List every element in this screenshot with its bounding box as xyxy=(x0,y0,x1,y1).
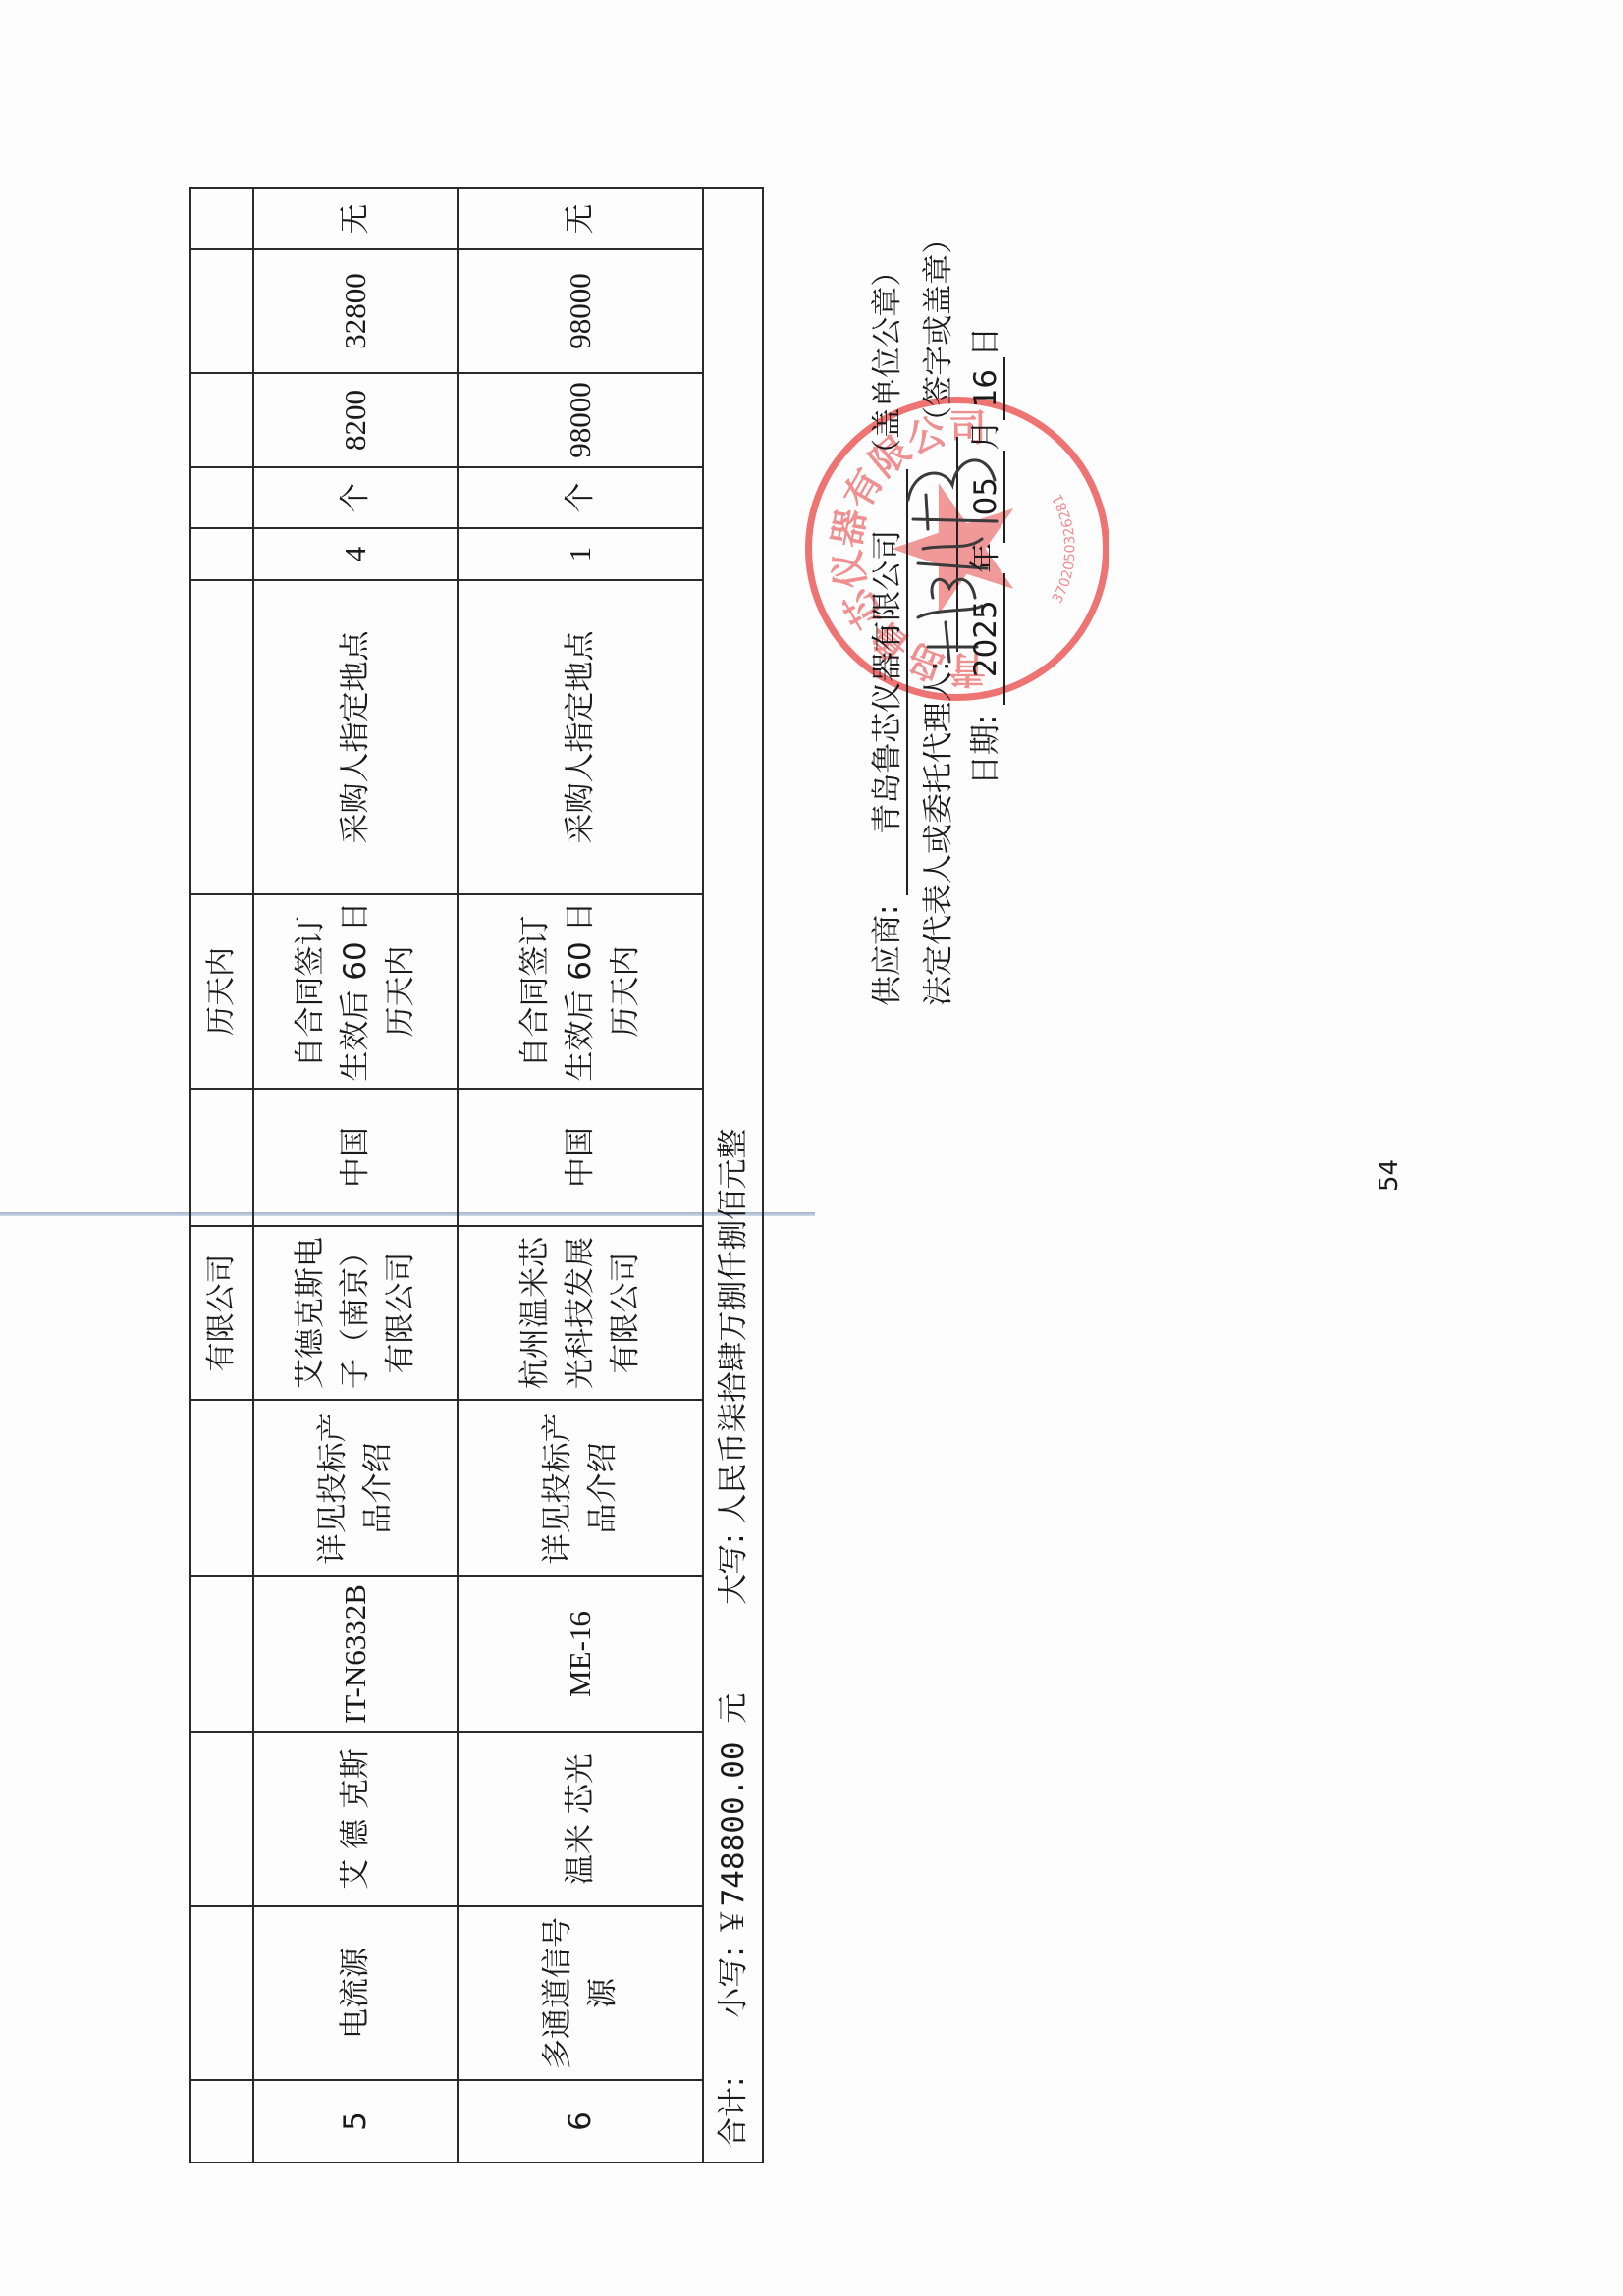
cell-origin: 中国 xyxy=(458,1089,703,1226)
cell-remark: 无 xyxy=(253,188,458,249)
representative-line: 法定代表人或委托代理人: （签字或盖章） xyxy=(913,224,958,1006)
day-unit: 日 xyxy=(968,327,1003,357)
header-cell-brand xyxy=(190,1732,253,1906)
cell-no: 5 xyxy=(253,2080,458,2163)
supplier-note: （盖单位公章） xyxy=(870,256,905,469)
total-big-value: 人民币柒拾肆万捌仟捌佰元整 xyxy=(716,1129,751,1524)
quotation-table: 有限公司 历天内 5 电流源 艾 德 克斯 IT-N6332B 详见投标产品介绍… xyxy=(189,187,764,2163)
date-year: 2025 xyxy=(968,573,1005,705)
cell-delivery-place: 采购人指定地点 xyxy=(458,580,703,894)
cell-unit: 个 xyxy=(458,467,703,528)
supplier-line: 供应商: 青岛鲁芯仪器有限公司（盖单位公章） xyxy=(862,256,908,1006)
total-label: 合计: xyxy=(716,2077,751,2148)
cell-total: 32800 xyxy=(253,249,458,373)
header-cell-unit xyxy=(190,467,253,528)
cell-delivery-time: 自合同签订生效后 60 日历天内 xyxy=(253,894,458,1089)
total-row: 合计: 小写: ￥748800.00 元 大写: 人民币柒拾肆万捌仟捌佰元整 xyxy=(703,188,763,2163)
cell-manufacturer: 艾德克斯电子（南京）有限公司 xyxy=(253,1226,458,1400)
representative-note: （签字或盖章） xyxy=(921,224,956,437)
cell-delivery-place: 采购人指定地点 xyxy=(253,580,458,894)
cell-unit: 个 xyxy=(253,467,458,528)
page-number: 54 xyxy=(1375,1159,1404,1192)
header-continuation-row: 有限公司 历天内 xyxy=(190,188,253,2163)
total-big-label: 大写: xyxy=(716,1533,751,1604)
total-small-label: 小写: xyxy=(716,1947,751,2017)
cell-model: IT-N6332B xyxy=(253,1576,458,1732)
date-month: 05 xyxy=(968,451,1005,543)
header-cell-remark xyxy=(190,188,253,249)
representative-label: 法定代表人或委托代理人: xyxy=(921,662,956,1006)
cell-manufacturer: 杭州温米芯光科技发展有限公司 xyxy=(458,1226,703,1400)
cell-brand: 温米 芯光 xyxy=(458,1732,703,1906)
cell-delivery-time: 自合同签订生效后 60 日历天内 xyxy=(458,894,703,1089)
header-cell-spec xyxy=(190,1400,253,1576)
seal-serial: 3702050326281 xyxy=(1050,491,1079,606)
cell-qty: 1 xyxy=(458,528,703,580)
cell-no: 6 xyxy=(458,2080,703,2163)
document-page: 有限公司 历天内 5 电流源 艾 德 克斯 IT-N6332B 详见投标产品介绍… xyxy=(0,0,1623,2296)
cell-origin: 中国 xyxy=(253,1089,458,1226)
header-cell-delivery-place xyxy=(190,580,253,894)
header-cell-total xyxy=(190,249,253,373)
header-cell-qty xyxy=(190,528,253,580)
table-row: 6 多通道信号源 温米 芯光 ME-16 详见投标产品介绍 杭州温米芯光科技发展… xyxy=(458,188,703,2163)
cell-unit-price: 8200 xyxy=(253,373,458,467)
total-cell: 合计: 小写: ￥748800.00 元 大写: 人民币柒拾肆万捌仟捌佰元整 xyxy=(703,188,763,2163)
cell-model: ME-16 xyxy=(458,1576,703,1732)
header-cell-delivery-time: 历天内 xyxy=(190,894,253,1089)
header-cell-name xyxy=(190,1906,253,2080)
cell-name: 电流源 xyxy=(253,1906,458,2080)
header-cell-no xyxy=(190,2080,253,2163)
svg-text:3702050326281: 3702050326281 xyxy=(1050,491,1079,606)
header-cell-model xyxy=(190,1576,253,1732)
header-cell-origin xyxy=(190,1089,253,1226)
cell-unit-price: 98000 xyxy=(458,373,703,467)
date-day: 16 xyxy=(968,357,1005,420)
year-unit: 年 xyxy=(968,543,1003,573)
cell-brand: 艾 德 克斯 xyxy=(253,1732,458,1906)
cell-spec: 详见投标产品介绍 xyxy=(458,1400,703,1576)
supplier-name: 青岛鲁芯仪器有限公司 xyxy=(862,469,908,895)
supplier-label: 供应商: xyxy=(870,905,905,1006)
cell-spec: 详见投标产品介绍 xyxy=(253,1400,458,1576)
cell-qty: 4 xyxy=(253,528,458,580)
cell-total: 98000 xyxy=(458,249,703,373)
header-cell-unit-price xyxy=(190,373,253,467)
date-line: 日期: 2025年05月16日 xyxy=(960,327,1005,785)
total-small-value: ￥748800.00 元 xyxy=(716,1693,751,1938)
cell-remark: 无 xyxy=(458,188,703,249)
cell-name: 多通道信号源 xyxy=(458,1906,703,2080)
table-row: 5 电流源 艾 德 克斯 IT-N6332B 详见投标产品介绍 艾德克斯电子（南… xyxy=(253,188,458,2163)
date-label: 日期: xyxy=(968,715,1003,785)
month-unit: 月 xyxy=(968,420,1003,451)
header-cell-manufacturer: 有限公司 xyxy=(190,1226,253,1400)
